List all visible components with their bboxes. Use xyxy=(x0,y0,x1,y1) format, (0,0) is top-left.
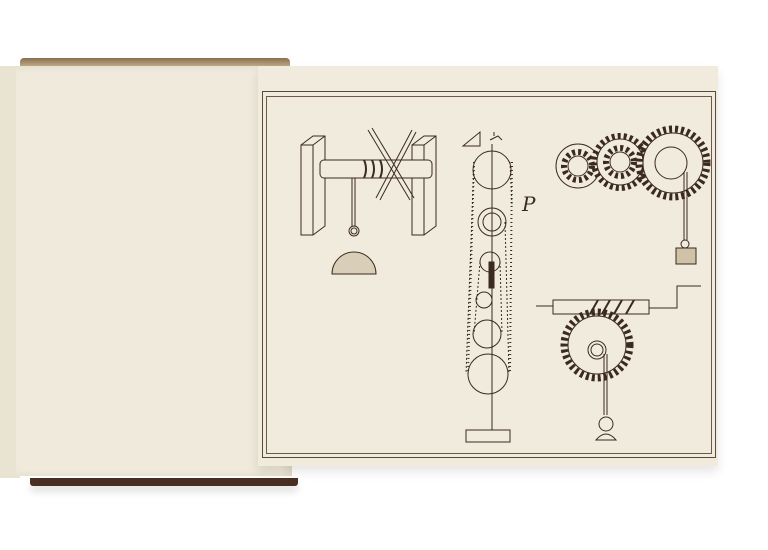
worm-gear-diagram xyxy=(536,286,701,440)
gear-train-diagram xyxy=(556,129,707,264)
notebook-photo: P xyxy=(0,0,768,550)
machine-drawings xyxy=(0,0,768,550)
windlass-diagram xyxy=(301,128,436,274)
pulley-diagram xyxy=(463,132,512,442)
pulley-label: P xyxy=(522,192,535,216)
